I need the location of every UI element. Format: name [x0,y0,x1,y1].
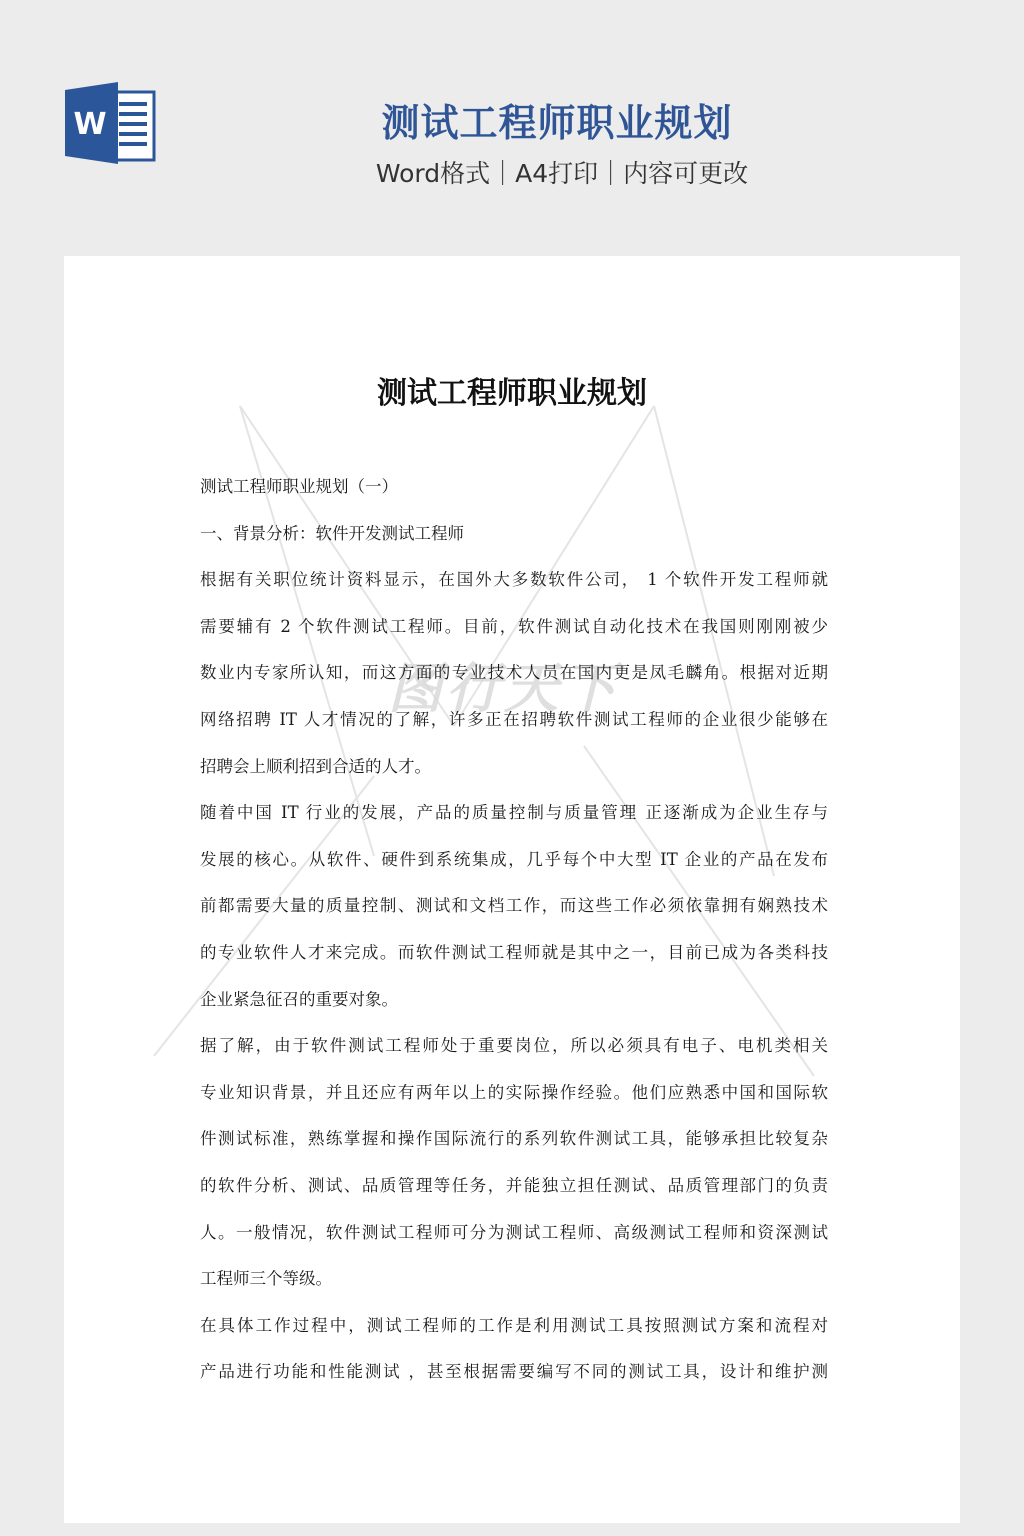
paragraph-line: 数业内专家所认知，而这方面的专业技术人员在国内更是凤毛麟角。根据对近期 [200,650,828,697]
paragraph-line: 发展的核心。从软件、硬件到系统集成，几乎每个中大型 IT 企业的产品在发布 [200,837,828,884]
paragraph-line: 人。一般情况，软件测试工程师可分为测试工程师、高级测试工程师和资深测试 [200,1210,828,1257]
paragraph-line: 一、背景分析：软件开发测试工程师 [200,511,828,558]
paragraph-line: 企业紧急征召的重要对象。 [200,977,828,1024]
document-body: 测试工程师职业规划（一） 一、背景分析：软件开发测试工程师 根据有关职位统计资料… [200,464,828,1396]
paragraph-line: 前都需要大量的质量控制、测试和文档工作，而这些工作必须依靠拥有娴熟技术 [200,883,828,930]
paragraph-line: 产品进行功能和性能测试 ，甚至根据需要编写不同的测试工具，设计和维护测 [200,1349,828,1396]
document-title: 测试工程师职业规划 [64,368,960,412]
header-subtitle: Word格式｜A4打印｜内容可更改 [0,154,1024,190]
paragraph-line: 件测试标准，熟练掌握和操作国际流行的系列软件测试工具，能够承担比较复杂 [200,1116,828,1163]
paragraph-line: 网络招聘 IT 人才情况的了解，许多正在招聘软件测试工程师的企业很少能够在 [200,697,828,744]
paragraph-line: 工程师三个等级。 [200,1256,828,1303]
document-page: 图行天下 测试工程师职业规划 测试工程师职业规划（一） 一、背景分析：软件开发测… [64,256,960,1523]
paragraph-line: 需要辅有 2 个软件测试工程师。目前，软件测试自动化技术在我国则刚刚被少 [200,604,828,651]
paragraph-line: 的专业软件人才来完成。而软件测试工程师就是其中之一，目前已成为各类科技 [200,930,828,977]
paragraph-line: 随着中国 IT 行业的发展，产品的质量控制与质量管理 正逐渐成为企业生存与 [200,790,828,837]
paragraph-line: 专业知识背景，并且还应有两年以上的实际操作经验。他们应熟悉中国和国际软 [200,1070,828,1117]
paragraph-line: 招聘会上顺利招到合适的人才。 [200,744,828,791]
header-title: 测试工程师职业规划 [0,92,1024,147]
paragraph-line: 据了解，由于软件测试工程师处于重要岗位，所以必须具有电子、电机类相关 [200,1023,828,1070]
paragraph-line: 测试工程师职业规划（一） [200,464,828,511]
paragraph-line: 根据有关职位统计资料显示，在国外大多数软件公司， 1 个软件开发工程师就 [200,557,828,604]
paragraph-line: 在具体工作过程中，测试工程师的工作是利用测试工具按照测试方案和流程对 [200,1303,828,1350]
paragraph-line: 的软件分析、测试、品质管理等任务，并能独立担任测试、品质管理部门的负责 [200,1163,828,1210]
